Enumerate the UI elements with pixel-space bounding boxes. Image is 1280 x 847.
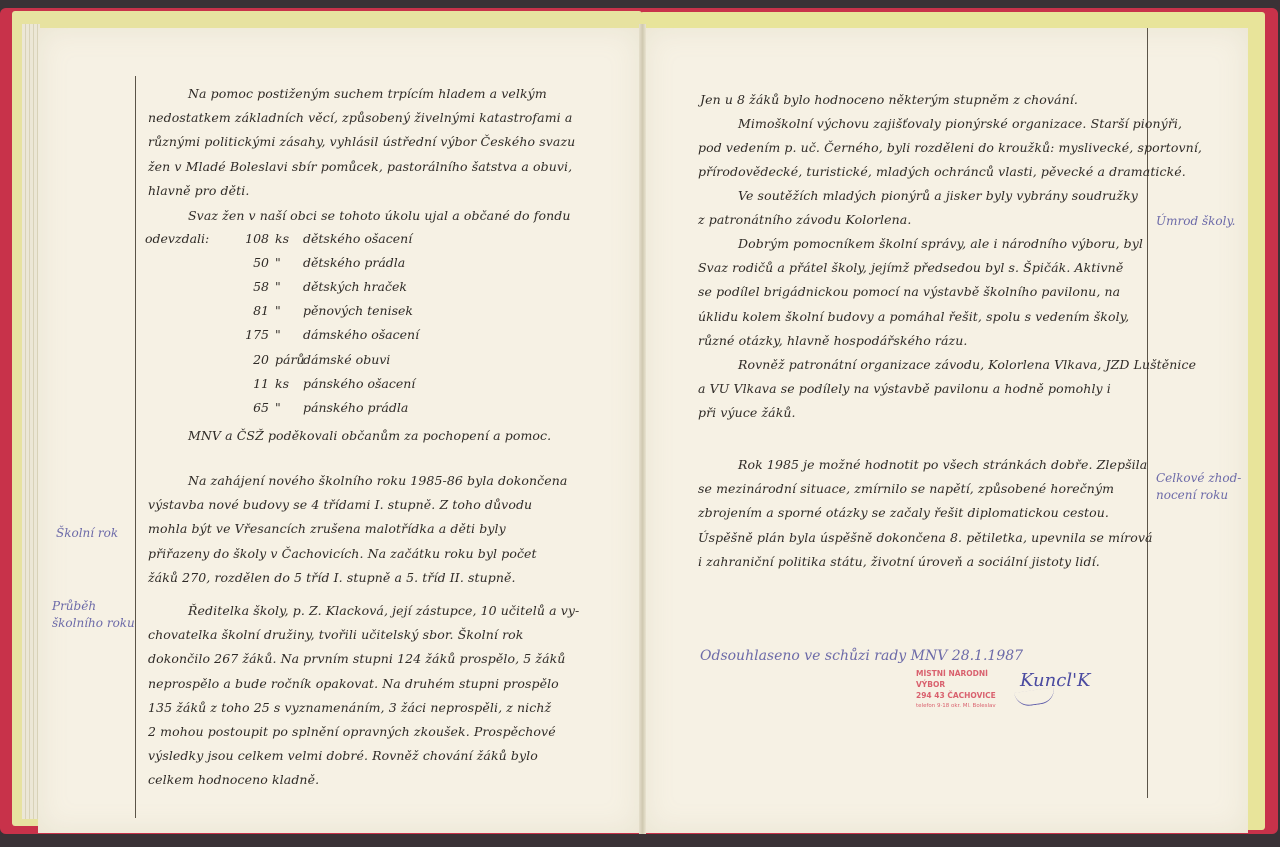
official-stamp: MÍSTNÍ NÁRODNÍ VÝBOR 294 43 ČACHOVICE te… bbox=[916, 668, 1014, 710]
text-line: Jen u 8 žáků bylo hodnoceno některým stu… bbox=[700, 88, 1078, 112]
text-line: zbrojením a sporné otázky se začaly řeši… bbox=[698, 501, 1153, 525]
stamp-line: 294 43 ČACHOVICE bbox=[916, 690, 1014, 701]
list-item: 20 párů dámské obuvi bbox=[145, 347, 419, 371]
margin-note-line: nocení roku bbox=[1156, 487, 1241, 504]
item-quantity: 20 bbox=[243, 352, 275, 367]
text-line: Ve soutěžích mladých pionýrů a jisker by… bbox=[698, 184, 1138, 208]
list-item: 50 " dětského prádla bbox=[145, 250, 419, 274]
text-line: Úspěšně plán byla úspěšně dokončena 8. p… bbox=[698, 526, 1153, 550]
donations-list: odevzdali: 108 ks dětského ošacení 50 " … bbox=[145, 226, 419, 420]
text-line: hlavně pro děti. bbox=[148, 179, 575, 203]
item-name: dámské obuvi bbox=[303, 352, 390, 367]
item-name: pánského prádla bbox=[303, 400, 408, 415]
margin-note-school-event: Úmrod školy. bbox=[1156, 213, 1235, 230]
margin-note-overall-evaluation: Celkové zhod- nocení roku bbox=[1156, 470, 1241, 504]
list-item: 175 " dámského ošacení bbox=[145, 323, 419, 347]
text-line: mohla být ve Vřesancích zrušena malotříd… bbox=[148, 517, 567, 541]
signature: Kuncl'K bbox=[1020, 670, 1090, 691]
item-unit: " bbox=[275, 279, 303, 294]
text-line: žáků 270, rozdělen do 5 tříd I. stupně a… bbox=[148, 566, 567, 590]
right-paragraph-1: Jen u 8 žáků bylo hodnoceno některým stu… bbox=[700, 88, 1078, 112]
item-unit: párů bbox=[275, 352, 303, 367]
item-quantity: 11 bbox=[243, 376, 275, 391]
text-line: 135 žáků z toho 25 s vyznamenáním, 3 žác… bbox=[148, 696, 579, 720]
item-name: dětského prádla bbox=[303, 255, 405, 270]
text-line: chovatelka školní družiny, tvořili učite… bbox=[148, 623, 579, 647]
item-quantity: 58 bbox=[243, 279, 275, 294]
list-item: 81 " pěnových tenisek bbox=[145, 299, 419, 323]
item-name: dětských hraček bbox=[303, 279, 407, 294]
margin-note-school-year: Školní rok bbox=[56, 525, 118, 542]
text-line: přiřazeny do školy v Čachovicích. Na zač… bbox=[148, 542, 567, 566]
left-paragraph-2: Svaz žen v naší obci se tohoto úkolu uja… bbox=[148, 204, 571, 228]
item-name: pánského ošacení bbox=[303, 376, 415, 391]
item-name: dámského ošacení bbox=[303, 327, 419, 342]
text-line: celkem hodnoceno kladně. bbox=[148, 768, 579, 792]
text-line: Mimoškolní výchovu zajišťovaly pionýrské… bbox=[698, 112, 1202, 136]
text-line: nedostatkem základních věcí, způsobený ž… bbox=[148, 106, 575, 130]
item-quantity: 50 bbox=[243, 255, 275, 270]
book-gutter bbox=[639, 24, 646, 834]
text-line: se mezinárodní situace, zmírnilo se napě… bbox=[698, 477, 1153, 501]
item-name: pěnových tenisek bbox=[303, 303, 413, 318]
item-quantity: 81 bbox=[243, 303, 275, 318]
text-line: Na pomoc postiženým suchem trpícím hlade… bbox=[148, 82, 575, 106]
right-paragraph-5: Rovněž patronátní organizace závodu, Kol… bbox=[698, 353, 1196, 426]
item-unit: ks bbox=[275, 376, 303, 391]
margin-note-line: Celkové zhod- bbox=[1156, 470, 1241, 487]
item-quantity: 65 bbox=[243, 400, 275, 415]
margin-note-line: Průběh bbox=[52, 598, 135, 615]
text-line: výsledky jsou celkem velmi dobré. Rovněž… bbox=[148, 744, 579, 768]
text-line: i zahraniční politika státu, životní úro… bbox=[698, 550, 1153, 574]
list-item: 58 " dětských hraček bbox=[145, 274, 419, 298]
text-line: při výuce žáků. bbox=[698, 401, 1196, 425]
text-line: a VU Vlkava se podílely na výstavbě pavi… bbox=[698, 377, 1196, 401]
text-line: pod vedením p. uč. Černého, byli rozděle… bbox=[698, 136, 1202, 160]
text-line: MNV a ČSŽ poděkovali občanům za pochopen… bbox=[148, 424, 551, 448]
text-line: Rovněž patronátní organizace závodu, Kol… bbox=[698, 353, 1196, 377]
left-paragraph-3: Na zahájení nového školního roku 1985-86… bbox=[148, 469, 567, 590]
item-unit: " bbox=[275, 400, 303, 415]
text-line: Rok 1985 je možné hodnotit po všech strá… bbox=[698, 453, 1153, 477]
text-line: z patronátního závodu Kolorlena. bbox=[698, 208, 1138, 232]
margin-note-course-of-year: Průběh školního roku bbox=[52, 598, 135, 632]
item-quantity: 175 bbox=[243, 327, 275, 342]
text-line: Na zahájení nového školního roku 1985-86… bbox=[148, 469, 567, 493]
item-unit: " bbox=[275, 303, 303, 318]
thanks-line: MNV a ČSŽ poděkovali občanům za pochopen… bbox=[148, 424, 551, 448]
right-paragraph-2: Mimoškolní výchovu zajišťovaly pionýrské… bbox=[698, 112, 1202, 185]
text-line: Dobrým pomocníkem školní správy, ale i n… bbox=[698, 232, 1143, 256]
text-line: žen v Mladé Boleslavi sbír pomůcek, past… bbox=[148, 155, 575, 179]
item-unit: ks bbox=[275, 231, 303, 246]
text-line: úklidu kolem školní budovy a pomáhal řeš… bbox=[698, 305, 1143, 329]
item-name: dětského ošacení bbox=[303, 231, 412, 246]
approval-note: Odsouhlaseno ve schůzi rady MNV 28.1.198… bbox=[700, 648, 1023, 665]
list-item: 65 " pánského prádla bbox=[145, 395, 419, 419]
margin-note-line: školního roku bbox=[52, 615, 135, 632]
left-margin-rule bbox=[135, 76, 136, 818]
item-unit: " bbox=[275, 255, 303, 270]
text-line: výstavba nové budovy se 4 třídami I. stu… bbox=[148, 493, 567, 517]
text-line: přírodovědecké, turistické, mladých ochr… bbox=[698, 160, 1202, 184]
stamp-line: telefon 9·18 okr. Ml. Boleslav bbox=[916, 701, 1014, 712]
text-line: se podílel brigádnickou pomocí na výstav… bbox=[698, 280, 1143, 304]
text-line: různými politickými zásahy, vyhlásil úst… bbox=[148, 130, 575, 154]
item-unit: " bbox=[275, 327, 303, 342]
right-paragraph-6: Rok 1985 je možné hodnotit po všech strá… bbox=[698, 453, 1153, 574]
text-line: dokončilo 267 žáků. Na prvním stupni 124… bbox=[148, 647, 579, 671]
list-item: odevzdali: 108 ks dětského ošacení bbox=[145, 226, 419, 250]
right-paragraph-4: Dobrým pomocníkem školní správy, ale i n… bbox=[698, 232, 1143, 353]
text-line: 2 mohou postoupit po splnění opravných z… bbox=[148, 720, 579, 744]
text-line: Ředitelka školy, p. Z. Klacková, její zá… bbox=[148, 599, 579, 623]
text-line: různé otázky, hlavně hospodářského rázu. bbox=[698, 329, 1143, 353]
list-item: 11 ks pánského ošacení bbox=[145, 371, 419, 395]
item-quantity: 108 bbox=[243, 231, 275, 246]
text-line: Svaz rodičů a přátel školy, jejímž předs… bbox=[698, 256, 1143, 280]
text-line: neprospělo a bude ročník opakovat. Na dr… bbox=[148, 672, 579, 696]
list-lead: odevzdali: bbox=[145, 231, 243, 246]
right-paragraph-3: Ve soutěžích mladých pionýrů a jisker by… bbox=[698, 184, 1138, 232]
left-paragraph-4: Ředitelka školy, p. Z. Klacková, její zá… bbox=[148, 599, 579, 793]
text-line: Svaz žen v naší obci se tohoto úkolu uja… bbox=[148, 204, 571, 228]
stamp-line: MÍSTNÍ NÁRODNÍ VÝBOR bbox=[916, 668, 1014, 690]
left-paragraph-1: Na pomoc postiženým suchem trpícím hlade… bbox=[148, 82, 575, 203]
